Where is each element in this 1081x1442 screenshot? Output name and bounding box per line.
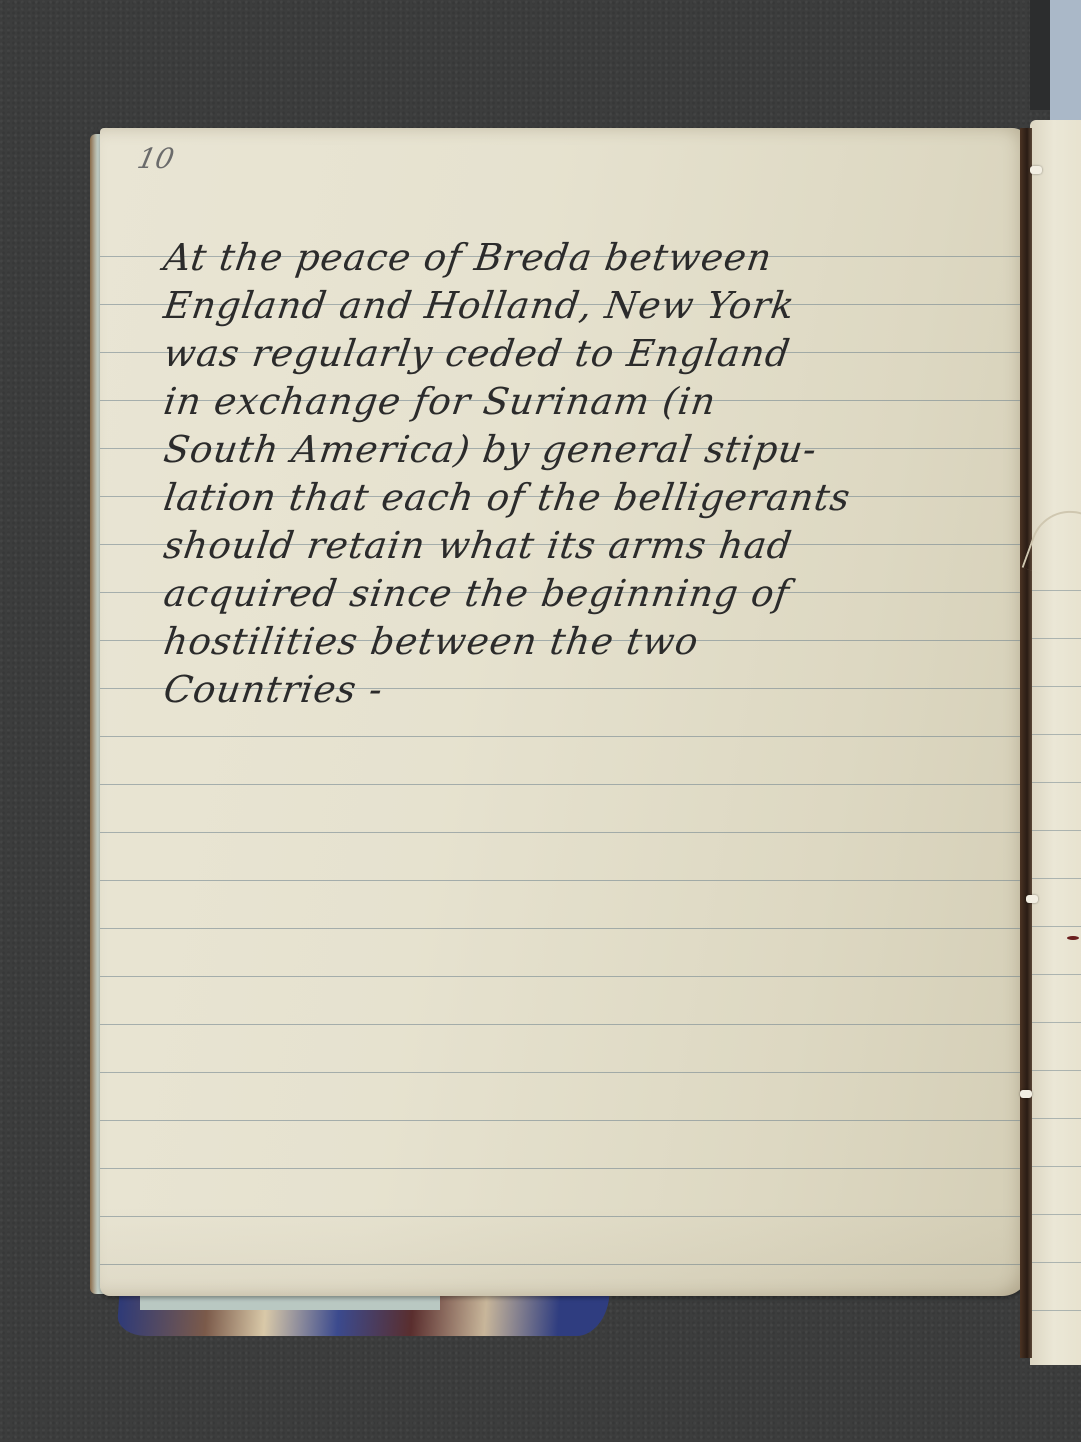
rule-line	[1030, 1070, 1081, 1071]
rule-line	[100, 784, 1030, 785]
rule-line	[1030, 782, 1081, 783]
rule-line	[100, 832, 1030, 833]
rule-line	[1030, 734, 1081, 735]
rule-line	[100, 976, 1030, 977]
facing-page	[1030, 120, 1081, 1365]
rule-line	[1030, 686, 1081, 687]
rule-line	[1030, 590, 1081, 591]
rule-line	[1030, 1214, 1081, 1215]
rule-line	[100, 928, 1030, 929]
text-line: hostilities between the two	[161, 618, 1018, 666]
endpaper-edge	[140, 1296, 440, 1310]
text-line: should retain what its arms had	[161, 522, 1018, 570]
handwritten-text: At the peace of Breda between England an…	[164, 234, 1014, 714]
rule-line	[1030, 878, 1081, 879]
binding-thread	[1030, 166, 1042, 174]
ink-spot	[1067, 936, 1079, 940]
text-line: was regularly ceded to England	[161, 330, 1018, 378]
rule-line	[1030, 1262, 1081, 1263]
rule-line	[1030, 638, 1081, 639]
rule-line	[1030, 926, 1081, 927]
text-line: South America) by general stipu-	[161, 426, 1018, 474]
rule-line	[100, 1024, 1030, 1025]
rule-line	[100, 1120, 1030, 1121]
text-line: in exchange for Surinam (in	[161, 378, 1018, 426]
rule-line	[1030, 1310, 1081, 1311]
rule-line	[100, 880, 1030, 881]
rule-line	[100, 736, 1030, 737]
text-line: lation that each of the belligerants	[161, 474, 1018, 522]
rule-line	[1030, 1166, 1081, 1167]
binding-thread	[1020, 1090, 1032, 1098]
notebook-spine	[1020, 128, 1032, 1358]
rule-line	[100, 1168, 1030, 1169]
rule-line	[100, 1264, 1030, 1265]
text-line: England and Holland, New York	[161, 282, 1018, 330]
rule-line	[1030, 830, 1081, 831]
notebook-page: 10 At the peace of Breda between England…	[100, 128, 1030, 1296]
rule-line	[100, 1072, 1030, 1073]
page-number: 10	[134, 142, 177, 175]
rule-line	[1030, 1118, 1081, 1119]
rule-line	[1030, 974, 1081, 975]
text-line: acquired since the beginning of	[161, 570, 1018, 618]
text-line: At the peace of Breda between	[161, 234, 1018, 282]
blue-card-corner	[1050, 0, 1081, 120]
binding-thread	[1026, 895, 1038, 903]
rule-line	[1030, 1022, 1081, 1023]
text-line: Countries -	[161, 666, 1018, 714]
rule-line	[100, 1216, 1030, 1217]
